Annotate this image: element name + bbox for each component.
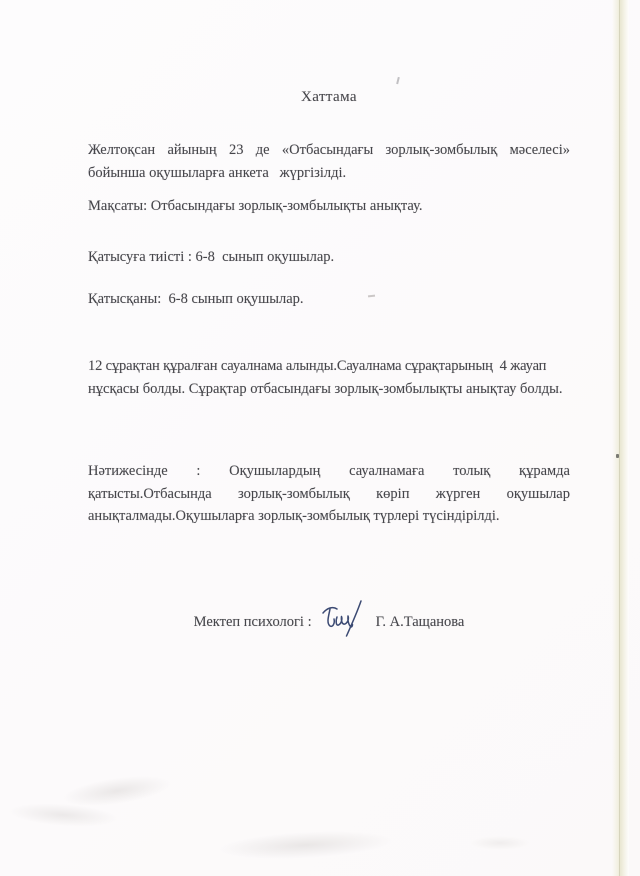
result-line-1: Нәтижесінде : Оқушылардың сауалнамаға то… [88,460,570,483]
scan-edge-band [612,0,629,876]
signature-name: Г. А.Тащанова [376,611,465,634]
paragraph-should-attend: Қатысуға тиісті : 6-8 сынып оқушылар. [88,246,570,269]
intro-line-2: бойынша оқушыларға анкета жүргізілді. [88,162,570,185]
document-title: Хаттама [88,86,570,109]
attended-line: Қатысқаны: 6-8 сынып оқушылар. [88,288,570,311]
paragraph-intro: Желтоқсан айының 23 де «Отбасындағы зорл… [88,139,570,185]
paragraph-survey: 12 сұрақтан құралған сауалнама алынды.Са… [88,355,570,401]
survey-line-2: нұсқасы болды. Сұрақтар отбасындағы зорл… [88,378,570,401]
signature-label: Мектеп психологі : [194,611,312,634]
result-line-3: анықталмады.Оқушыларға зорлық-зомбылық т… [88,505,570,528]
purpose-line: Мақсаты: Отбасындағы зорлық-зомбылықты а… [88,195,570,218]
scanned-document-page: Хаттама Желтоқсан айының 23 де «Отбасынд… [0,0,640,876]
paragraph-attended: Қатысқаны: 6-8 сынып оқушылар. [88,288,570,311]
survey-line-1: 12 сұрақтан құралған сауалнама алынды.Са… [88,355,570,378]
signature-row: Мектеп психологі : Г. А.Тащанова [88,588,570,634]
should-attend-line: Қатысуға тиісті : 6-8 сынып оқушылар. [88,246,570,269]
intro-line-1: Желтоқсан айының 23 де «Отбасындағы зорл… [88,139,570,162]
scan-edge-line [619,0,620,876]
result-line-2: қатысты.Отбасында зорлық-зомбылық көріп … [88,483,570,506]
paragraph-purpose: Мақсаты: Отбасындағы зорлық-зомбылықты а… [88,195,570,218]
scan-edge-speck [616,454,619,458]
handwritten-signature-icon [321,600,367,638]
paragraph-result: Нәтижесінде : Оқушылардың сауалнамаға то… [88,460,570,528]
document-content: Хаттама Желтоқсан айының 23 де «Отбасынд… [88,0,570,876]
